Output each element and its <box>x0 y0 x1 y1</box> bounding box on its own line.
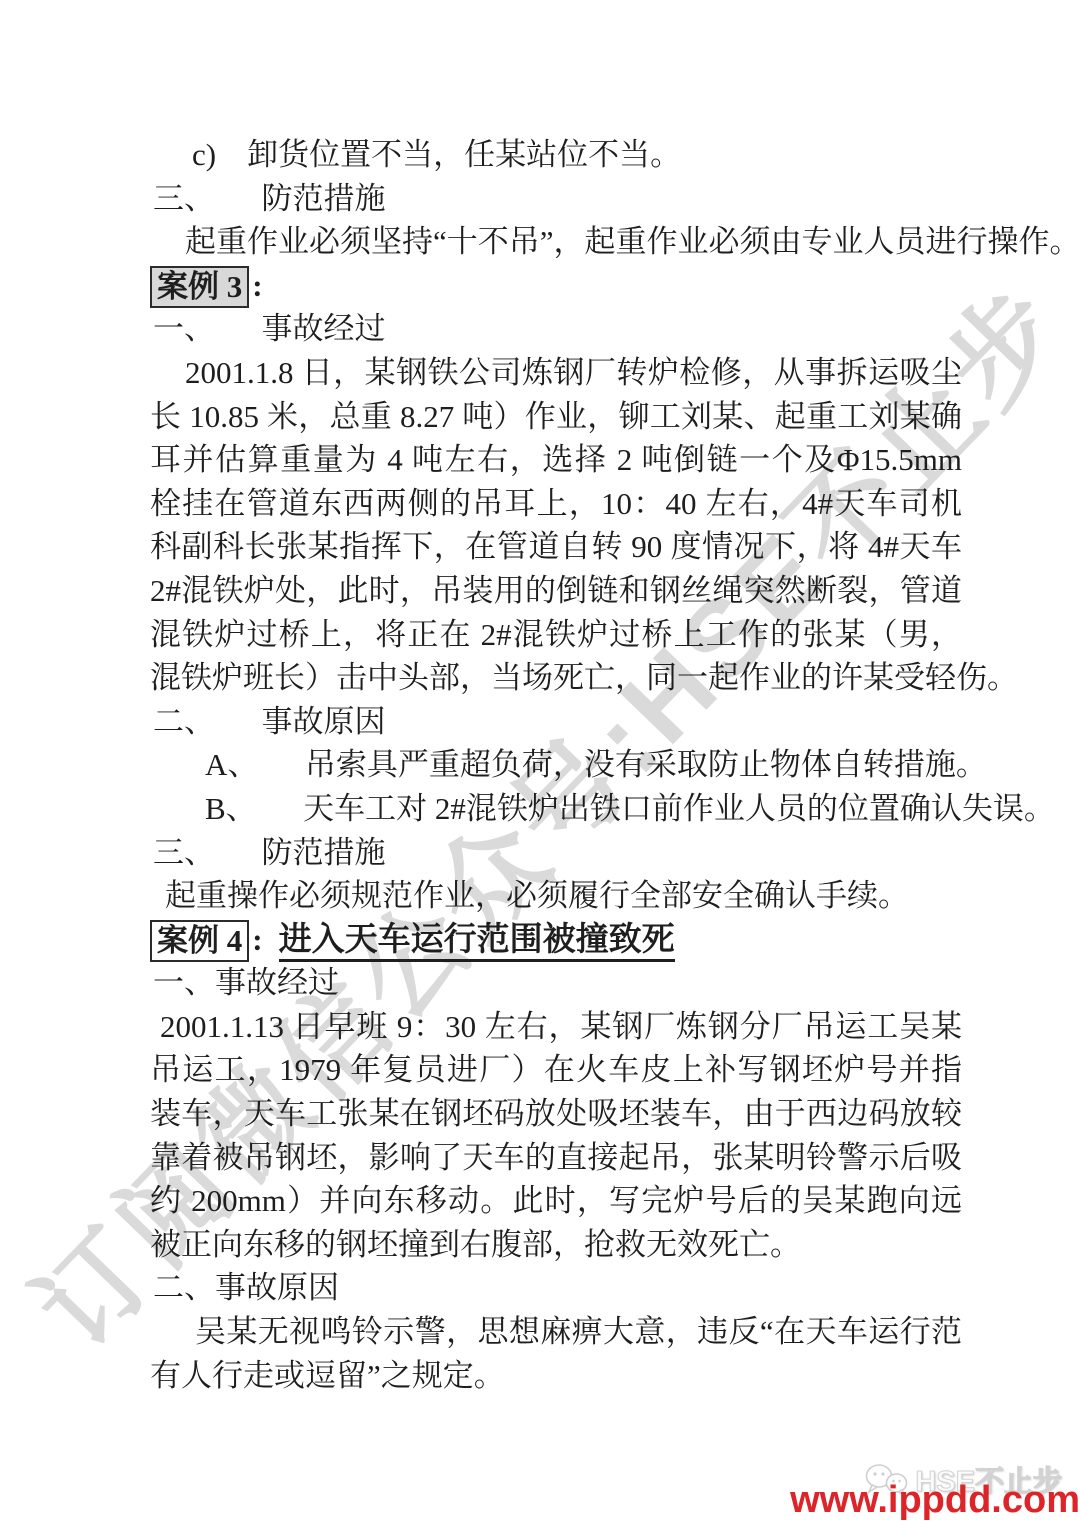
document-page: 订阅微信公众号:HSE不止步 c) 卸货位置不当，任某站位不当。三、 防范措施起… <box>0 0 1080 1527</box>
text-line: 2001.1.13 日早班 9：30 左右，某钢厂炼钢分厂吊运工吴某（男，51 … <box>150 1005 962 1049</box>
text-line: 约 200mm）并向东移动。此时，写完炉号后的吴某跑向远处的一天车时， <box>150 1179 962 1223</box>
case-heading: 案例 4:进入天车运行范围被撞致死 <box>150 918 962 962</box>
text-line: 三、 防范措施 <box>150 831 962 875</box>
text-line: 2001.1.8 日，某钢铁公司炼钢厂转炉检修，从事拆运吸尘管道（管道 <box>150 351 962 395</box>
text-line: 二、 事故原因 <box>150 700 962 744</box>
text-line: 被正向东移的钢坯撞到右腹部，抢救无效死亡。 <box>150 1223 962 1267</box>
text-line: 有人行走或逗留”之规定。 <box>150 1354 962 1398</box>
text-line: 起重作业必须坚持“十不吊”，起重作业必须由专业人员进行操作。 <box>150 220 962 264</box>
text-line: 靠着被吊钢坯，影响了天车的直接起吊，张某明铃警示后吸起钢坯（高 <box>150 1136 962 1180</box>
text-line: 起重操作必须规范作业，必须履行全部安全确认手续。 <box>150 874 962 918</box>
text-line: 吊运工，1979 年复员进厂）在火车皮上补写钢坯炉号并指挥天车吊钢坯 <box>150 1048 962 1092</box>
text-line: 吴某无视鸣铃示警，思想麻痹大意，违反“在天车运行范围内，严禁 <box>150 1310 962 1354</box>
case-title: 进入天车运行范围被撞致死 <box>279 922 675 962</box>
case-label-box: 案例 3 <box>150 266 249 308</box>
text-line: A、 吊索具严重超负荷，没有采取防止物体自转措施。 <box>150 743 962 787</box>
text-line: 混铁炉过桥上，将正在 2#混铁炉过桥上工作的张某（男，30 岁，高中， <box>150 613 962 657</box>
text-line: 耳并估算重量为 4 吨左右，选择 2 吨倒链一个及Φ15.5mm 钢丝绳分别 <box>150 438 962 482</box>
site-url: www.ippdd.com <box>790 1481 1080 1519</box>
text-line: 2#混铁炉处，此时，吊装用的倒链和钢丝绳突然断裂，管道坠落至 2# <box>150 569 962 613</box>
text-line: 长 10.85 米，总重 8.27 吨）作业，铆工刘某、起重工刘某确认管道吊 <box>150 395 962 439</box>
text-line: 装车，天车工张某在钢坯码放处吸坯装车，由于西边码放较高的钢坯紧 <box>150 1092 962 1136</box>
footer-watermark: HSE不止步 www.ippdd.com <box>740 1457 1080 1527</box>
text-line: 二、事故原因 <box>150 1266 962 1310</box>
case-colon: : <box>252 922 262 957</box>
text-line: 三、 防范措施 <box>150 177 962 221</box>
case-colon: : <box>252 268 262 303</box>
document-body: c) 卸货位置不当，任某站位不当。三、 防范措施起重作业必须坚持“十不吊”，起重… <box>150 133 962 1397</box>
text-line: 一、 事故经过 <box>150 307 962 351</box>
text-line: 一、事故经过 <box>150 961 962 1005</box>
text-line: 混铁炉班长）击中头部，当场死亡，同一起作业的许某受轻伤。 <box>150 656 962 700</box>
text-line: c) 卸货位置不当，任某站位不当。 <box>150 133 962 177</box>
text-line: 科副科长张某指挥下，在管道自转 90 度情况下，将 4#天车开到西侧 <box>150 525 962 569</box>
case-label-box: 案例 4 <box>150 920 249 962</box>
text-line: 栓挂在管道东西两侧的吊耳上，10：40 左右，4#天车司机滕某在生产 <box>150 482 962 526</box>
case-heading: 案例 3: <box>150 264 962 308</box>
text-line: B、 天车工对 2#混铁炉出铁口前作业人员的位置确认失误。 <box>150 787 962 831</box>
